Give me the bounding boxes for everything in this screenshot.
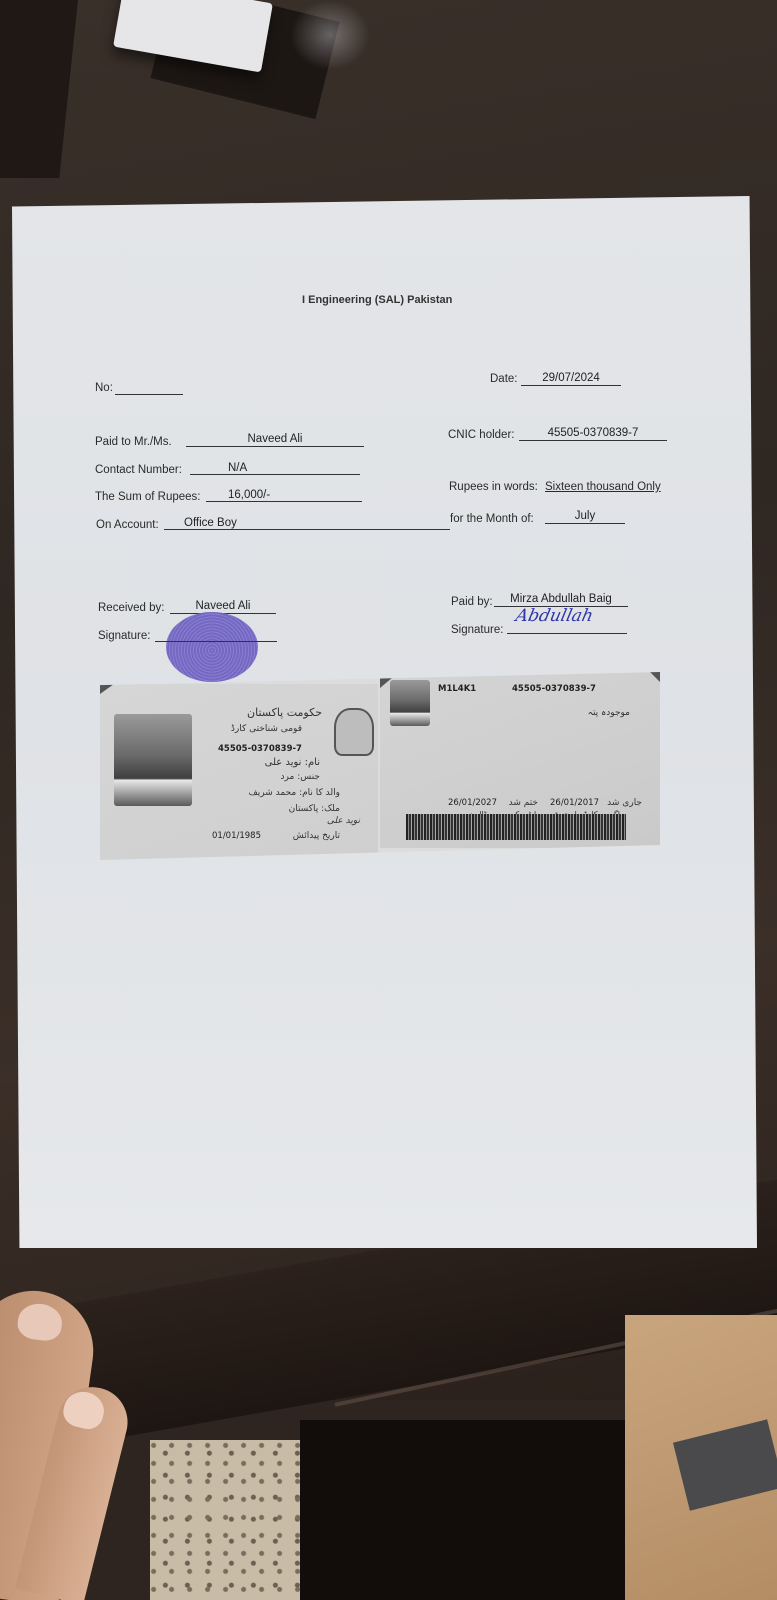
cnic-label: CNIC holder: [448,429,514,441]
plastic-wrap [290,0,370,70]
back-address-urdu: موجودہ پتہ [450,708,630,718]
no-field [115,380,183,395]
holder-photo [114,714,192,806]
received-by-field: Naveed Ali [170,599,276,614]
back-expiry-date: 26/01/2027 [448,798,497,808]
paid-by-field: Mirza Abdullah Baig [494,592,628,607]
paid-by-label: Paid by: [451,596,493,608]
received-signature-label: Signature: [98,630,150,642]
front-residence-urdu: ملک: پاکستان [220,804,340,814]
card-corner [100,684,114,694]
cnic-back: M1L4K1 45505-0370839-7 موجودہ پتہ 26/01/… [380,672,660,848]
cnic-photocopy: حکومت پاکستان قومی شناختی کارڈ 45505-037… [100,672,660,860]
paid-to-field: Naveed Ali [186,432,364,447]
back-expiry-label-urdu: ختم شد [498,798,538,808]
front-identity-number: 45505-0370839-7 [218,744,302,754]
front-date-of-birth: 01/01/1985 [212,831,261,841]
handwritten-signature: Abdullah [514,606,595,626]
paid-by-signature-label: Signature: [451,624,503,636]
sum-field: 16,000/- [206,488,362,502]
front-father-name-urdu: والد کا نام: محمد شریف [220,788,340,798]
front-subheader-urdu: قومی شناختی کارڈ [212,724,302,734]
words-field: Sixteen thousand Only [545,481,661,493]
front-name-urdu: نام: نوید علی [230,757,320,768]
thumbprint-signature [166,612,258,682]
account-label: On Account: [96,519,159,531]
words-label: Rupees in words: [449,481,538,493]
back-issue-date: 26/01/2017 [550,798,599,808]
cnic-field: 45505-0370839-7 [519,426,667,441]
received-signature-line [155,627,277,642]
state-emblem-icon [334,708,374,756]
month-field: July [545,509,625,524]
back-identity-number: 45505-0370839-7 [512,684,596,694]
holder-photo-small [390,680,430,726]
back-code: M1L4K1 [438,684,476,694]
received-by-label: Received by: [98,602,164,614]
front-header-urdu: حکومت پاکستان [212,706,322,719]
sum-label: The Sum of Rupees: [95,491,200,503]
month-label: for the Month of: [450,513,534,525]
date-label: Date: [490,373,518,385]
card-corner [650,672,660,682]
no-label: No: [95,382,113,394]
account-field: Office Boy [164,516,450,530]
floor-tiles [150,1440,310,1600]
contact-label: Contact Number: [95,464,182,476]
paid-to-label: Paid to Mr./Ms. [95,436,172,448]
barcode [406,814,626,840]
back-issue-label-urdu: جاری شد [602,798,642,808]
front-gender-urdu: جنس: مرد [230,772,320,782]
front-dob-label-urdu: تاریخ پیدائش [260,831,340,841]
date-field: 29/07/2024 [521,371,621,386]
contact-field: N/A [190,461,360,475]
company-title: I Engineering (SAL) Pakistan [302,294,452,306]
front-signature-urdu: نوید علی [300,816,360,826]
cnic-front: حکومت پاکستان قومی شناختی کارڈ 45505-037… [100,684,378,860]
